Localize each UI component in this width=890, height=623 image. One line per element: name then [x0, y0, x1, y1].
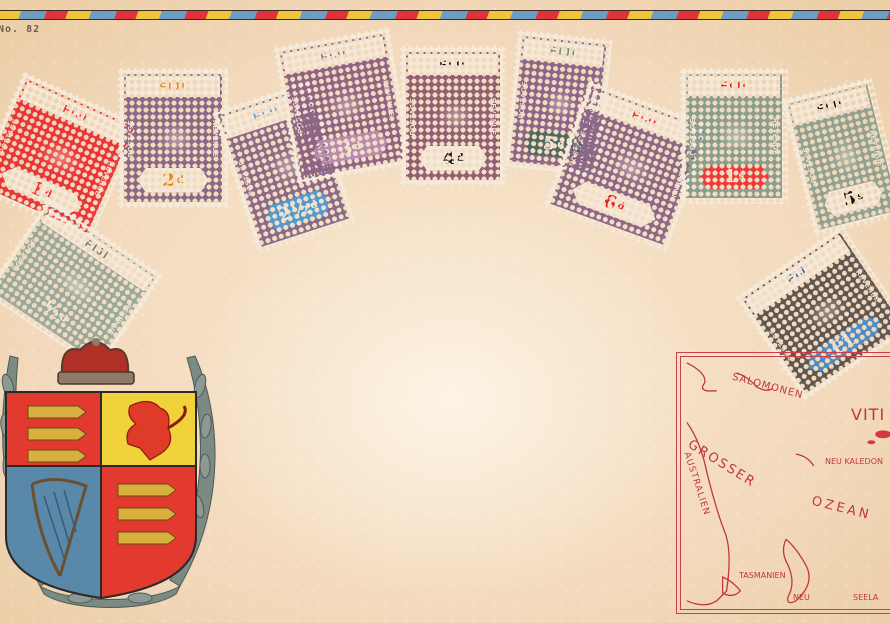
stamp-side-label-right: REVENUE — [489, 98, 496, 135]
stamp-side-label-left: POSTAGE — [690, 118, 697, 155]
stamp-country: FIJI — [126, 76, 220, 99]
stamp-country: FIJI — [408, 54, 498, 77]
king-portrait-icon — [705, 118, 764, 164]
label-neu-kaledonien: NEU KALEDON — [825, 457, 883, 466]
stamp-side-label-left: POSTAGE — [292, 95, 305, 133]
stamp-side-label-left: POSTAGE — [128, 120, 135, 157]
stamp-side-label-left: POSTAGE — [12, 238, 39, 273]
king-portrait-icon — [143, 120, 203, 167]
stamp-side-label-right: REVENUE — [771, 118, 778, 155]
stamp-value: 1s — [699, 165, 769, 189]
stamp-side-label-left: POSTAGE — [569, 130, 588, 167]
stamp-side-label-right: REVENUE — [381, 79, 394, 117]
stamp-side-label-left: POSTAGE — [518, 81, 529, 119]
royal-coat-of-arms — [0, 336, 230, 623]
stamp-4: FIJI POSTAGE REVENUE 4d — [400, 46, 506, 186]
stamp-value: 4d — [419, 146, 487, 171]
stamp-3: FIJI POSTAGE REVENUE 3d — [273, 27, 414, 185]
stamp-1: FIJI POSTAGE REVENUE 2d — [118, 68, 228, 208]
stamp-7: FIJI POSTAGE REVENUE 1s — [680, 68, 788, 204]
stamp-side-label-left: POSTAGE — [238, 159, 256, 197]
label-neu: NEU — [793, 593, 810, 602]
stamp-side-label-right: REVENUE — [105, 301, 132, 336]
stamp-country: FIJI — [688, 76, 780, 98]
crown-icon — [58, 338, 134, 384]
stamp-side-label-left: POSTAGE — [410, 98, 417, 135]
king-portrait-icon — [424, 98, 482, 145]
postcard: No. 82 FIJI POSTAGE REVENUE 1d FIJI POST… — [0, 0, 890, 623]
label-tasmanien: TASMANIEN — [739, 571, 786, 580]
stamp-side-label-right: REVENUE — [854, 269, 881, 304]
label-viti: VITI — [851, 405, 885, 424]
pacific-map: SALOMONEN VITI GROSSER OZEAN AUSTRALIEN … — [676, 352, 890, 614]
stamp-8: FIJI POSTAGE REVENUE 5s — [780, 77, 890, 238]
stamp-value: 2d — [137, 168, 208, 193]
stamp-side-label-right: REVENUE — [92, 160, 114, 197]
label-seeland: SEELA — [853, 593, 878, 602]
catalog-number: No. 82 — [0, 24, 40, 35]
stamp-side-label-left: POSTAGE — [0, 119, 20, 156]
stamp-side-label-left: POSTAGE — [803, 146, 819, 184]
striped-rope-border — [0, 10, 890, 20]
